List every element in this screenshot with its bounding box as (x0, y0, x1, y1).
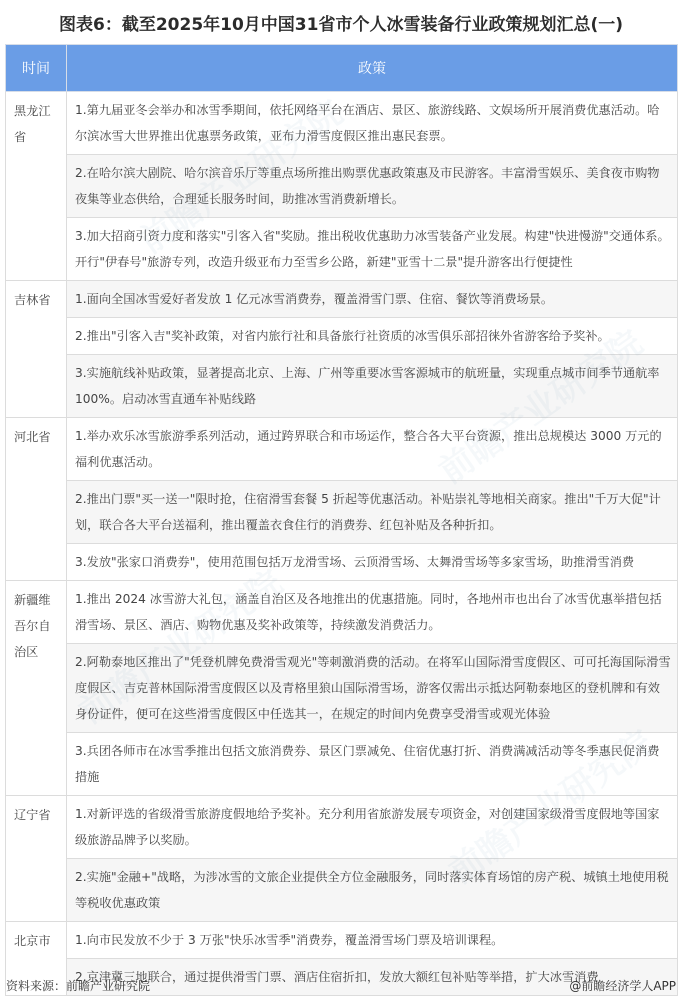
province-cell: 黑龙江省 (6, 92, 67, 281)
table-row: 北京市 1.向市民发放不少于 3 万张"快乐冰雪季"消费券，覆盖滑雪场门票及培训… (6, 922, 678, 959)
policy-cell: 1.推出 2024 冰雪游大礼包，涵盖自治区及各地推出的优惠措施。同时，各地州市… (67, 581, 678, 644)
header-region: 时间 (6, 45, 67, 92)
province-cell: 吉林省 (6, 281, 67, 418)
table-row: 2.推出"引客入吉"奖补政策，对省内旅行社和具备旅行社资质的冰雪俱乐部招徕外省游… (6, 318, 678, 355)
policy-cell: 1.面向全国冰雪爱好者发放 1 亿元冰雪消费券，覆盖滑雪门票、住宿、餐饮等消费场… (67, 281, 678, 318)
policy-cell: 1.举办欢乐冰雪旅游季系列活动，通过跨界联合和市场运作，整合各大平台资源，推出总… (67, 418, 678, 481)
source-note: 资料来源：前瞻产业研究院 (6, 977, 150, 994)
table-row: 吉林省 1.面向全国冰雪爱好者发放 1 亿元冰雪消费券，覆盖滑雪门票、住宿、餐饮… (6, 281, 678, 318)
table-row: 2.推出门票"买一送一"限时抢，住宿滑雪套餐 5 折起等优惠活动。补贴崇礼等地相… (6, 481, 678, 544)
table-row: 新疆维吾尔自治区 1.推出 2024 冰雪游大礼包，涵盖自治区及各地推出的优惠措… (6, 581, 678, 644)
province-cell: 河北省 (6, 418, 67, 581)
policy-cell: 2.推出"引客入吉"奖补政策，对省内旅行社和具备旅行社资质的冰雪俱乐部招徕外省游… (67, 318, 678, 355)
table-row: 3.加大招商引资力度和落实"引客入省"奖励。推出税收优惠助力冰雪装备产业发展。构… (6, 218, 678, 281)
policy-cell: 3.发放"张家口消费券"，使用范围包括万龙滑雪场、云顶滑雪场、太舞滑雪场等多家雪… (67, 544, 678, 581)
policy-cell: 2.实施"金融+"战略，为涉冰雪的文旅企业提供全方位金融服务，同时落实体育场馆的… (67, 859, 678, 922)
policy-cell: 1.第九届亚冬会举办和冰雪季期间，依托网络平台在酒店、景区、旅游线路、文娱场所开… (67, 92, 678, 155)
policy-cell: 3.加大招商引资力度和落实"引客入省"奖励。推出税收优惠助力冰雪装备产业发展。构… (67, 218, 678, 281)
brand-credit: @前瞻经济学人APP (569, 977, 676, 994)
policy-cell: 3.实施航线补贴政策，显著提高北京、上海、广州等重要冰雪客源城市的航班量，实现重… (67, 355, 678, 418)
chart-title: 图表6：截至2025年10月中国31省市个人冰雪装备行业政策规划汇总(一) (0, 10, 682, 35)
policy-cell: 3.兵团各师市在冰雪季推出包括文旅消费券、景区门票减免、住宿优惠打折、消费满减活… (67, 733, 678, 796)
policy-cell: 2.阿勒泰地区推出了"凭登机牌免费滑雪观光"等刺激消费的活动。在将军山国际滑雪度… (67, 644, 678, 733)
table-row: 2.在哈尔滨大剧院、哈尔滨音乐厅等重点场所推出购票优惠政策惠及市民游客。丰富滑雪… (6, 155, 678, 218)
province-cell: 新疆维吾尔自治区 (6, 581, 67, 796)
table-row: 2.阿勒泰地区推出了"凭登机牌免费滑雪观光"等刺激消费的活动。在将军山国际滑雪度… (6, 644, 678, 733)
policy-cell: 2.在哈尔滨大剧院、哈尔滨音乐厅等重点场所推出购票优惠政策惠及市民游客。丰富滑雪… (67, 155, 678, 218)
policy-cell: 1.对新评选的省级滑雪旅游度假地给予奖补。充分利用省旅游发展专项资金，对创建国家… (67, 796, 678, 859)
table-row: 3.发放"张家口消费券"，使用范围包括万龙滑雪场、云顶滑雪场、太舞滑雪场等多家雪… (6, 544, 678, 581)
header-policy: 政策 (67, 45, 678, 92)
province-cell: 辽宁省 (6, 796, 67, 922)
table-row: 黑龙江省 1.第九届亚冬会举办和冰雪季期间，依托网络平台在酒店、景区、旅游线路、… (6, 92, 678, 155)
policy-cell: 1.向市民发放不少于 3 万张"快乐冰雪季"消费券，覆盖滑雪场门票及培训课程。 (67, 922, 678, 959)
table-row: 辽宁省 1.对新评选的省级滑雪旅游度假地给予奖补。充分利用省旅游发展专项资金，对… (6, 796, 678, 859)
table-row: 3.兵团各师市在冰雪季推出包括文旅消费券、景区门票减免、住宿优惠打折、消费满减活… (6, 733, 678, 796)
policy-table: 时间 政策 黑龙江省 1.第九届亚冬会举办和冰雪季期间，依托网络平台在酒店、景区… (5, 44, 678, 996)
table-row: 2.实施"金融+"战略，为涉冰雪的文旅企业提供全方位金融服务，同时落实体育场馆的… (6, 859, 678, 922)
table-row: 河北省 1.举办欢乐冰雪旅游季系列活动，通过跨界联合和市场运作，整合各大平台资源… (6, 418, 678, 481)
table-header-row: 时间 政策 (6, 45, 678, 92)
table-row: 3.实施航线补贴政策，显著提高北京、上海、广州等重要冰雪客源城市的航班量，实现重… (6, 355, 678, 418)
policy-cell: 2.推出门票"买一送一"限时抢，住宿滑雪套餐 5 折起等优惠活动。补贴崇礼等地相… (67, 481, 678, 544)
